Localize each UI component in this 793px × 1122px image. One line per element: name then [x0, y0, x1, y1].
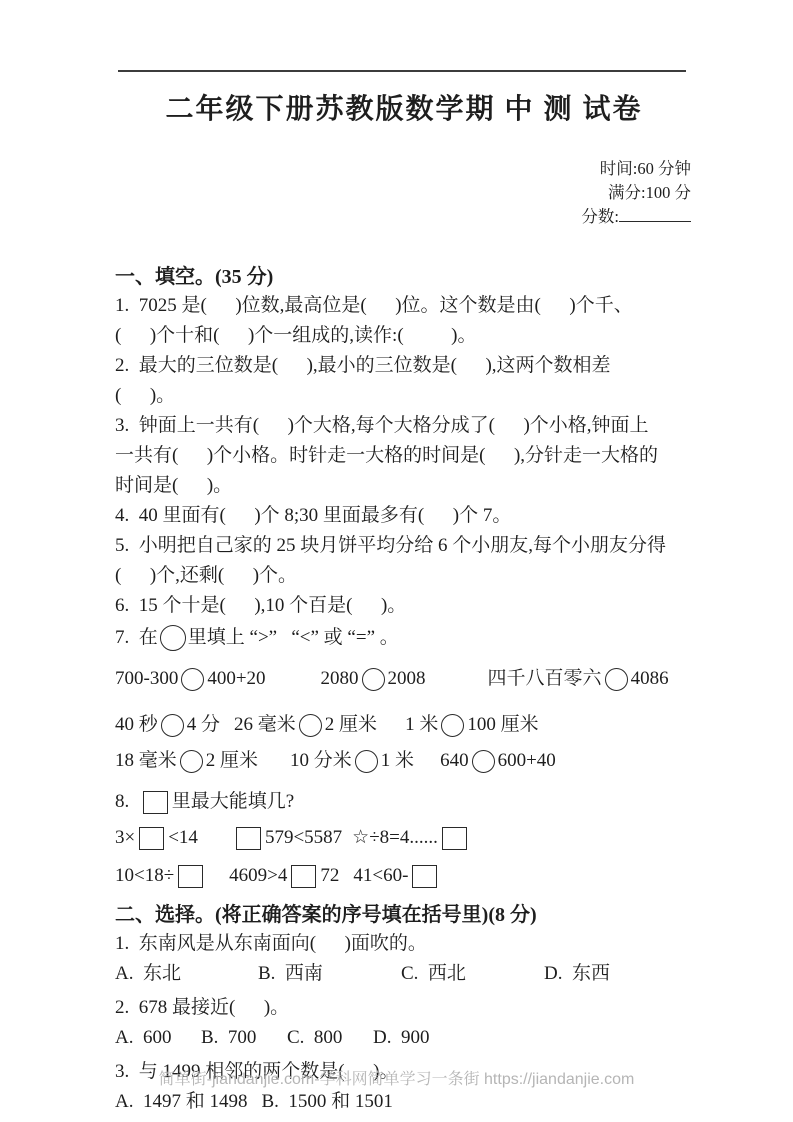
- compare-left: 640: [440, 743, 469, 779]
- choice-q1: 1. 东南风是从东南面向( )面吹的。: [115, 929, 693, 959]
- compare-circle-icon: [605, 668, 628, 691]
- compare-pair: 1 米100 厘米: [405, 707, 539, 743]
- compare-right: 4 分: [187, 707, 220, 743]
- choice-q2-options: A. 600 B. 700 C. 800 D. 900: [115, 1023, 693, 1053]
- section-fill-heading: 一、填空。(35 分): [115, 263, 693, 291]
- compare-pair: 640600+40: [440, 743, 556, 779]
- expr-pre: 10<18÷: [115, 857, 174, 895]
- compare-left: 2080: [321, 661, 359, 697]
- meta-time: 时间:60 分钟: [600, 159, 691, 178]
- option-d: D. 东西: [544, 959, 610, 989]
- choice-q1-options: A. 东北 B. 西南 C. 西北 D. 东西: [115, 959, 693, 989]
- compare-pair: 10 分米1 米: [290, 743, 414, 779]
- fill-q7-pre: 7. 在: [115, 621, 158, 655]
- fill-q2-line2: ( )。: [115, 381, 693, 411]
- fill-q3-line3: 时间是( )。: [115, 471, 693, 501]
- compare-row-3: 18 毫米2 厘米 10 分米1 米 640600+40: [115, 743, 693, 779]
- expr-post: <14: [168, 819, 198, 857]
- compare-pair: 四千八百零六4086: [488, 661, 669, 697]
- compare-left: 10 分米: [290, 743, 352, 779]
- meta-score-label: 分数:: [581, 207, 619, 226]
- fill-q8-pre: 8.: [115, 785, 139, 819]
- compare-circle-icon: [180, 750, 203, 773]
- option-b: B. 西南: [258, 959, 401, 989]
- box-expression: 3×<14: [115, 819, 198, 857]
- option-c: C. 西北: [401, 959, 544, 989]
- compare-pair: 700-300400+20: [115, 661, 266, 697]
- compare-circle-icon: [299, 714, 322, 737]
- compare-pair: 26 毫米2 厘米: [234, 707, 377, 743]
- answer-box-icon: [412, 865, 437, 888]
- paper-meta: 时间:60 分钟 满分:100 分 分数:: [115, 133, 693, 253]
- test-paper-page: 二年级下册苏教版数学期 中 测 试卷 时间:60 分钟 满分:100 分 分数:…: [0, 0, 793, 1122]
- compare-right: 2008: [388, 661, 426, 697]
- compare-pair: 18 毫米2 厘米: [115, 743, 258, 779]
- compare-row-1: 700-300400+20 20802008 四千八百零六4086: [115, 661, 693, 697]
- box-expression: ☆÷8=4......: [352, 819, 471, 857]
- score-blank-line: [619, 206, 691, 222]
- fill-q8-post: 里最大能填几?: [172, 785, 294, 819]
- compare-circle-icon: [472, 750, 495, 773]
- expr-post: 72: [320, 857, 339, 895]
- compare-pair: 40 秒4 分: [115, 707, 220, 743]
- watermark-footer: 简单街-jiandanjie.com-学科网简单学习一条街 https://ji…: [0, 1068, 793, 1092]
- compare-circle-icon: [355, 750, 378, 773]
- answer-box-icon: [291, 865, 316, 888]
- compare-pair: 20802008: [321, 661, 426, 697]
- compare-circle-icon: [362, 668, 385, 691]
- box-expression: 579<5587: [232, 819, 342, 857]
- fill-q1-line1: 1. 7025 是( )位数,最高位是( )位。这个数是由( )个千、: [115, 291, 693, 321]
- option-a: A. 600: [115, 1023, 201, 1053]
- compare-right: 4086: [631, 661, 669, 697]
- meta-full-score: 满分:100 分: [608, 183, 691, 202]
- compare-right: 1 米: [381, 743, 414, 779]
- answer-box-icon: [178, 865, 203, 888]
- option-d: D. 900: [373, 1023, 429, 1053]
- section-choice-heading: 二、选择。(将正确答案的序号填在括号里)(8 分): [115, 901, 693, 929]
- box-expression: 10<18÷: [115, 857, 207, 895]
- expr-post: 579<5587: [265, 819, 342, 857]
- compare-left: 700-300: [115, 661, 178, 697]
- compare-right: 2 厘米: [325, 707, 377, 743]
- top-rule: [118, 70, 686, 72]
- option-a: A. 东北: [115, 959, 258, 989]
- expr-pre: ☆÷8=4......: [352, 819, 438, 857]
- fill-q3-line1: 3. 钟面上一共有( )个大格,每个大格分成了( )个小格,钟面上: [115, 411, 693, 441]
- answer-box-icon: [139, 827, 164, 850]
- fill-q6: 6. 15 个十是( ),10 个百是( )。: [115, 591, 693, 621]
- compare-left: 26 毫米: [234, 707, 296, 743]
- compare-left: 18 毫米: [115, 743, 177, 779]
- paper-content: 二年级下册苏教版数学期 中 测 试卷 时间:60 分钟 满分:100 分 分数:…: [115, 80, 693, 1117]
- expr-pre: 4609>4: [229, 857, 287, 895]
- paper-title: 二年级下册苏教版数学期 中 测 试卷: [115, 92, 693, 128]
- box-fill-row-2: 10<18÷ 4609>472 41<60-: [115, 857, 693, 895]
- compare-row-2: 40 秒4 分 26 毫米2 厘米 1 米100 厘米: [115, 707, 693, 743]
- box-expression: 41<60-: [353, 857, 441, 895]
- answer-box-icon: [143, 791, 168, 814]
- fill-q5-line1: 5. 小明把自己家的 25 块月饼平均分给 6 个小朋友,每个小朋友分得: [115, 531, 693, 561]
- compare-left: 四千八百零六: [488, 661, 602, 697]
- option-b: B. 700: [201, 1023, 287, 1053]
- fill-q7-post: 里填上 “>” “<” 或 “=” 。: [188, 621, 399, 655]
- option-c: C. 800: [287, 1023, 373, 1053]
- compare-circle-icon: [160, 625, 186, 651]
- fill-q2-line1: 2. 最大的三位数是( ),最小的三位数是( ),这两个数相差: [115, 351, 693, 381]
- box-fill-row-1: 3×<14 579<5587 ☆÷8=4......: [115, 819, 693, 857]
- fill-q1-line2: ( )个十和( )个一组成的,读作:( )。: [115, 321, 693, 351]
- choice-q2: 2. 678 最接近( )。: [115, 993, 693, 1023]
- fill-q7: 7. 在里填上 “>” “<” 或 “=” 。: [115, 621, 693, 655]
- fill-q4: 4. 40 里面有( )个 8;30 里面最多有( )个 7。: [115, 501, 693, 531]
- compare-right: 2 厘米: [206, 743, 258, 779]
- compare-circle-icon: [441, 714, 464, 737]
- compare-left: 40 秒: [115, 707, 158, 743]
- compare-circle-icon: [161, 714, 184, 737]
- compare-right: 100 厘米: [467, 707, 538, 743]
- compare-left: 1 米: [405, 707, 438, 743]
- expr-pre: 3×: [115, 819, 135, 857]
- compare-right: 600+40: [498, 743, 556, 779]
- compare-right: 400+20: [207, 661, 265, 697]
- fill-q8: 8. 里最大能填几?: [115, 785, 693, 819]
- box-expression: 4609>472: [229, 857, 339, 895]
- expr-pre: 41<60-: [353, 857, 408, 895]
- answer-box-icon: [236, 827, 261, 850]
- fill-q5-line2: ( )个,还剩( )个。: [115, 561, 693, 591]
- answer-box-icon: [442, 827, 467, 850]
- fill-q3-line2: 一共有( )个小格。时针走一大格的时间是( ),分针走一大格的: [115, 441, 693, 471]
- compare-circle-icon: [181, 668, 204, 691]
